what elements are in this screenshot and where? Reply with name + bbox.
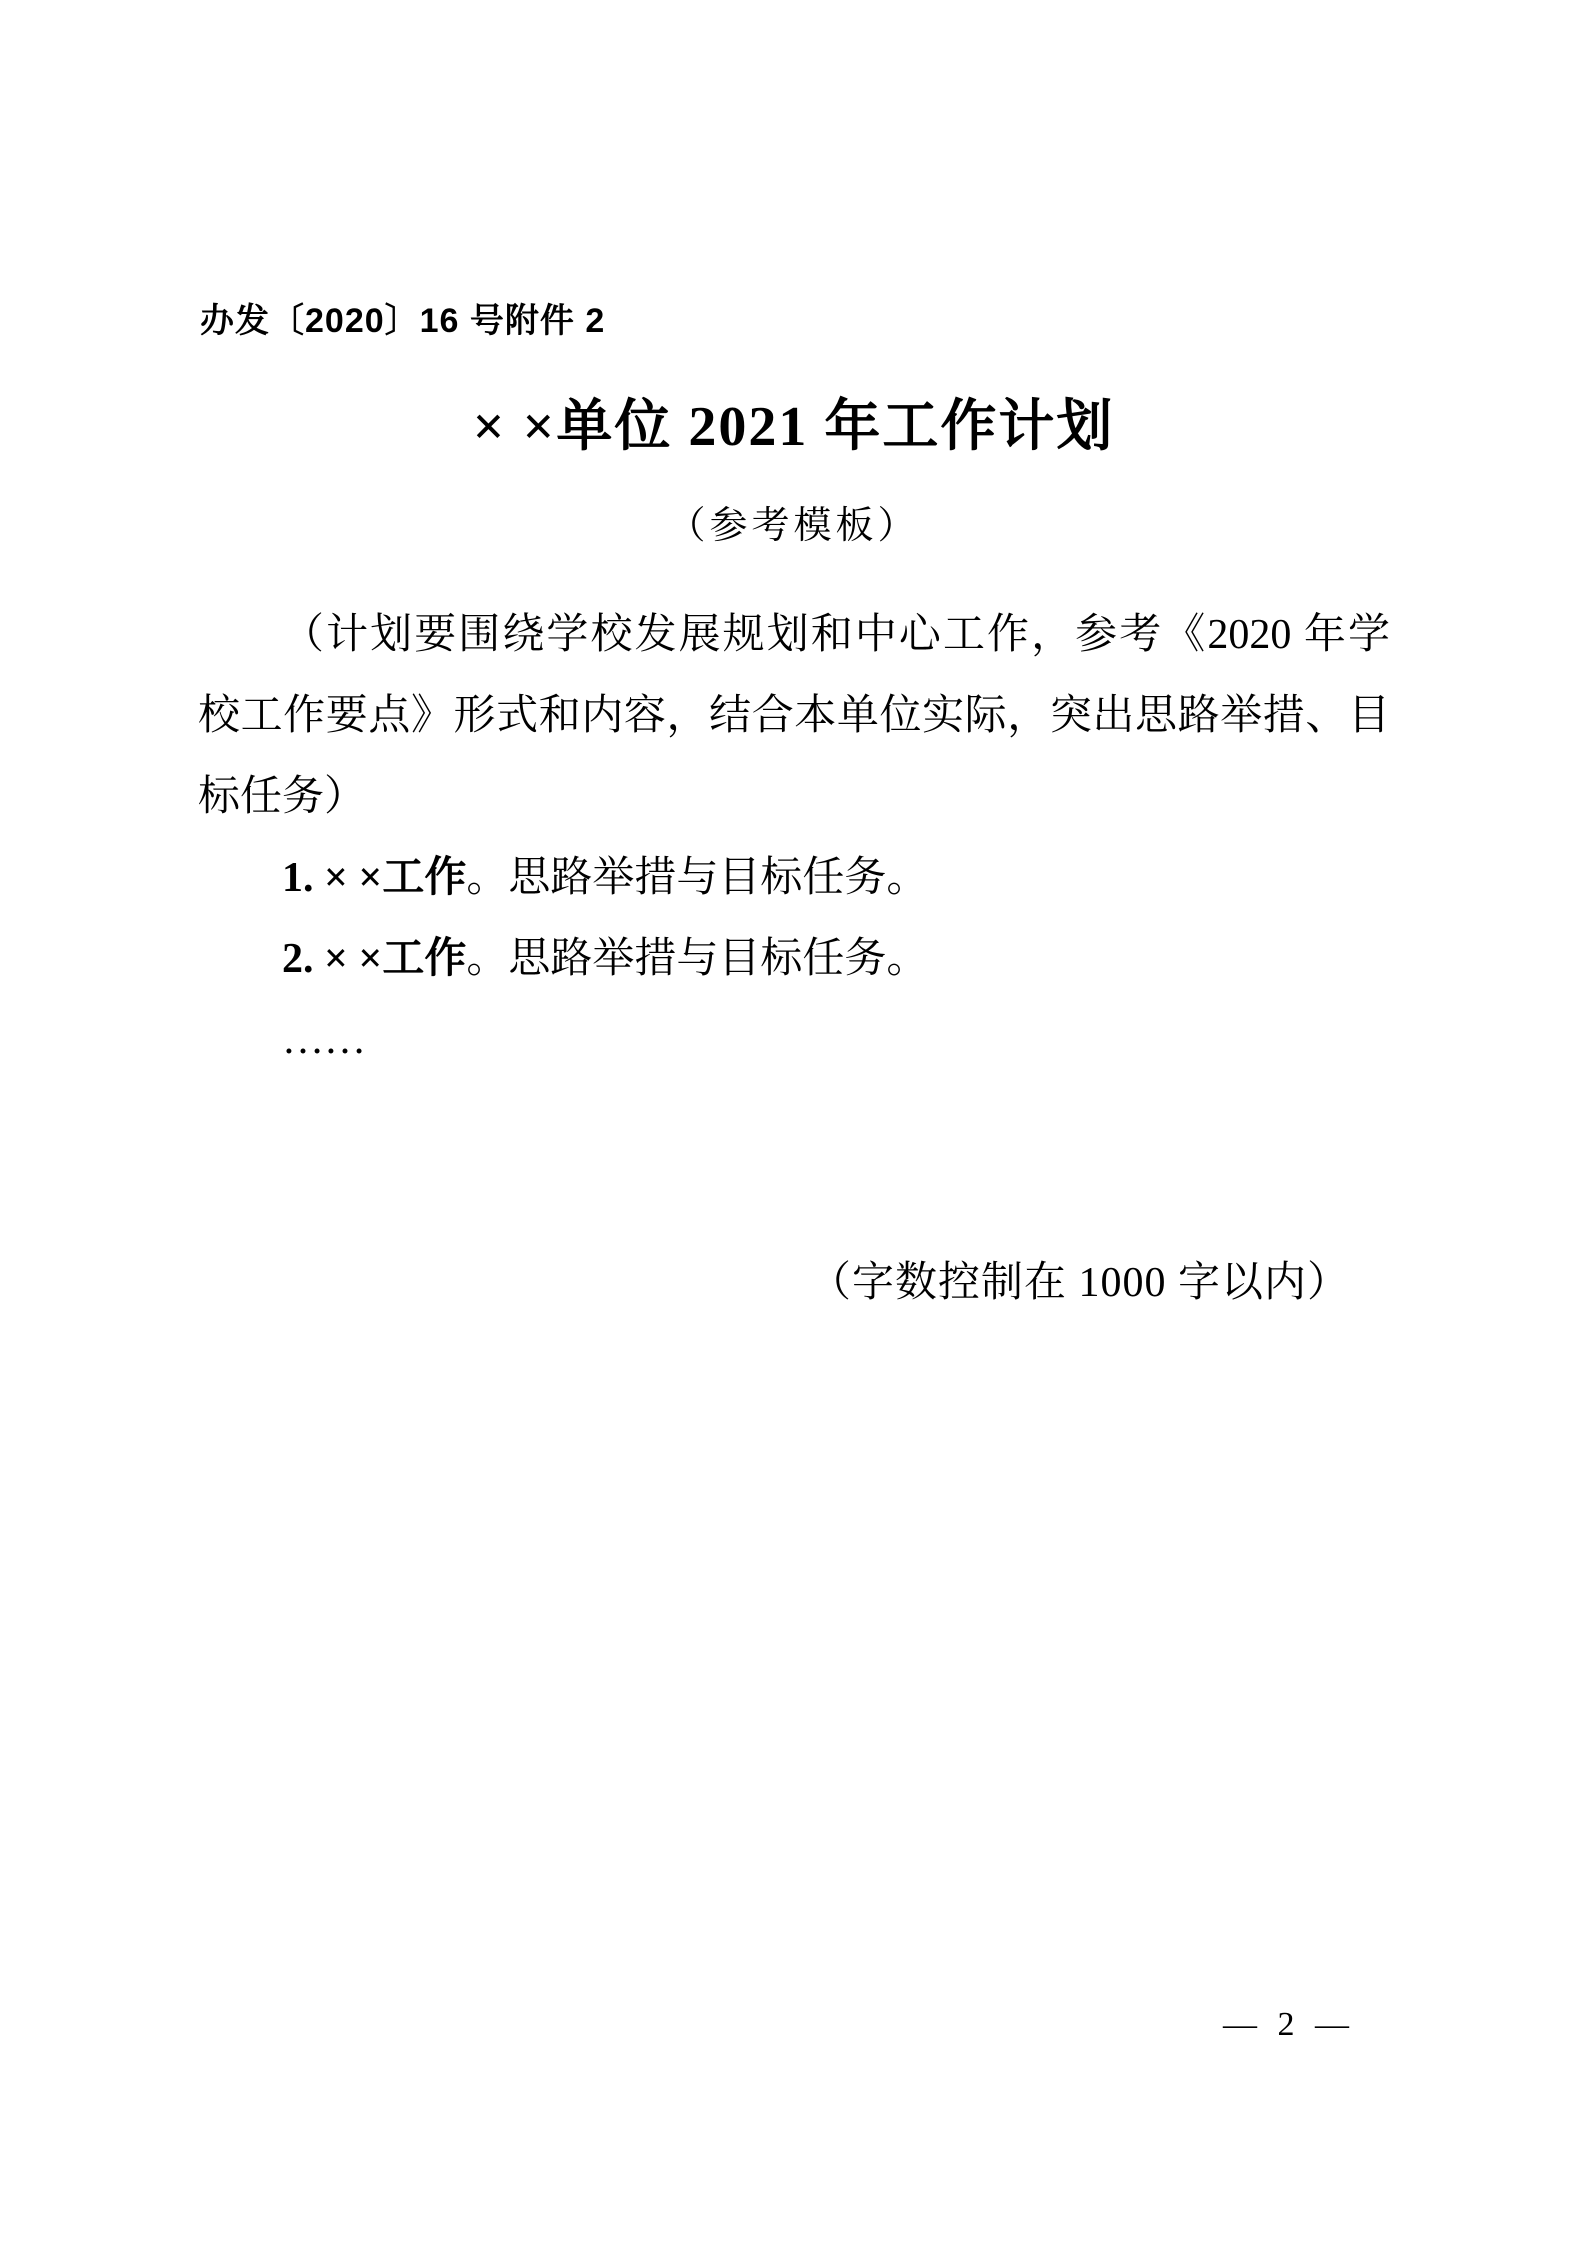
list-item-2-heading: 2. × ×工作	[282, 936, 466, 982]
intro-line-1: （计划要围绕学校发展规划和中心工作，参考《2020 年学	[198, 595, 1390, 676]
list-item-1-heading: 1. × ×工作	[282, 855, 466, 901]
ellipsis-line: ……	[198, 1000, 1390, 1081]
body-text: （计划要围绕学校发展规划和中心工作，参考《2020 年学 校工作要点》形式和内容…	[198, 595, 1390, 1324]
list-item-2: 2. × ×工作。思路举措与目标任务。	[198, 919, 1390, 1000]
list-item-1: 1. × ×工作。思路举措与目标任务。	[198, 838, 1390, 919]
intro-line-3: 标任务）	[198, 757, 1390, 838]
page-number: — 2 —	[0, 2000, 1355, 2050]
page-title: × ×单位 2021 年工作计划	[0, 388, 1587, 466]
spacer-line	[198, 1162, 1390, 1243]
word-limit-note: （字数控制在 1000 字以内）	[198, 1243, 1390, 1324]
spacer-line	[198, 1081, 1390, 1162]
list-item-2-text: 。思路举措与目标任务。	[466, 936, 928, 982]
subtitle: （参考模板）	[0, 498, 1587, 554]
intro-line-2: 校工作要点》形式和内容，结合本单位实际，突出思路举措、目	[198, 676, 1390, 757]
document-page: 办发〔2020〕16 号附件 2 × ×单位 2021 年工作计划 （参考模板）…	[0, 0, 1587, 2245]
list-item-1-text: 。思路举措与目标任务。	[466, 855, 928, 901]
doc-number: 办发〔2020〕16 号附件 2	[200, 297, 605, 345]
